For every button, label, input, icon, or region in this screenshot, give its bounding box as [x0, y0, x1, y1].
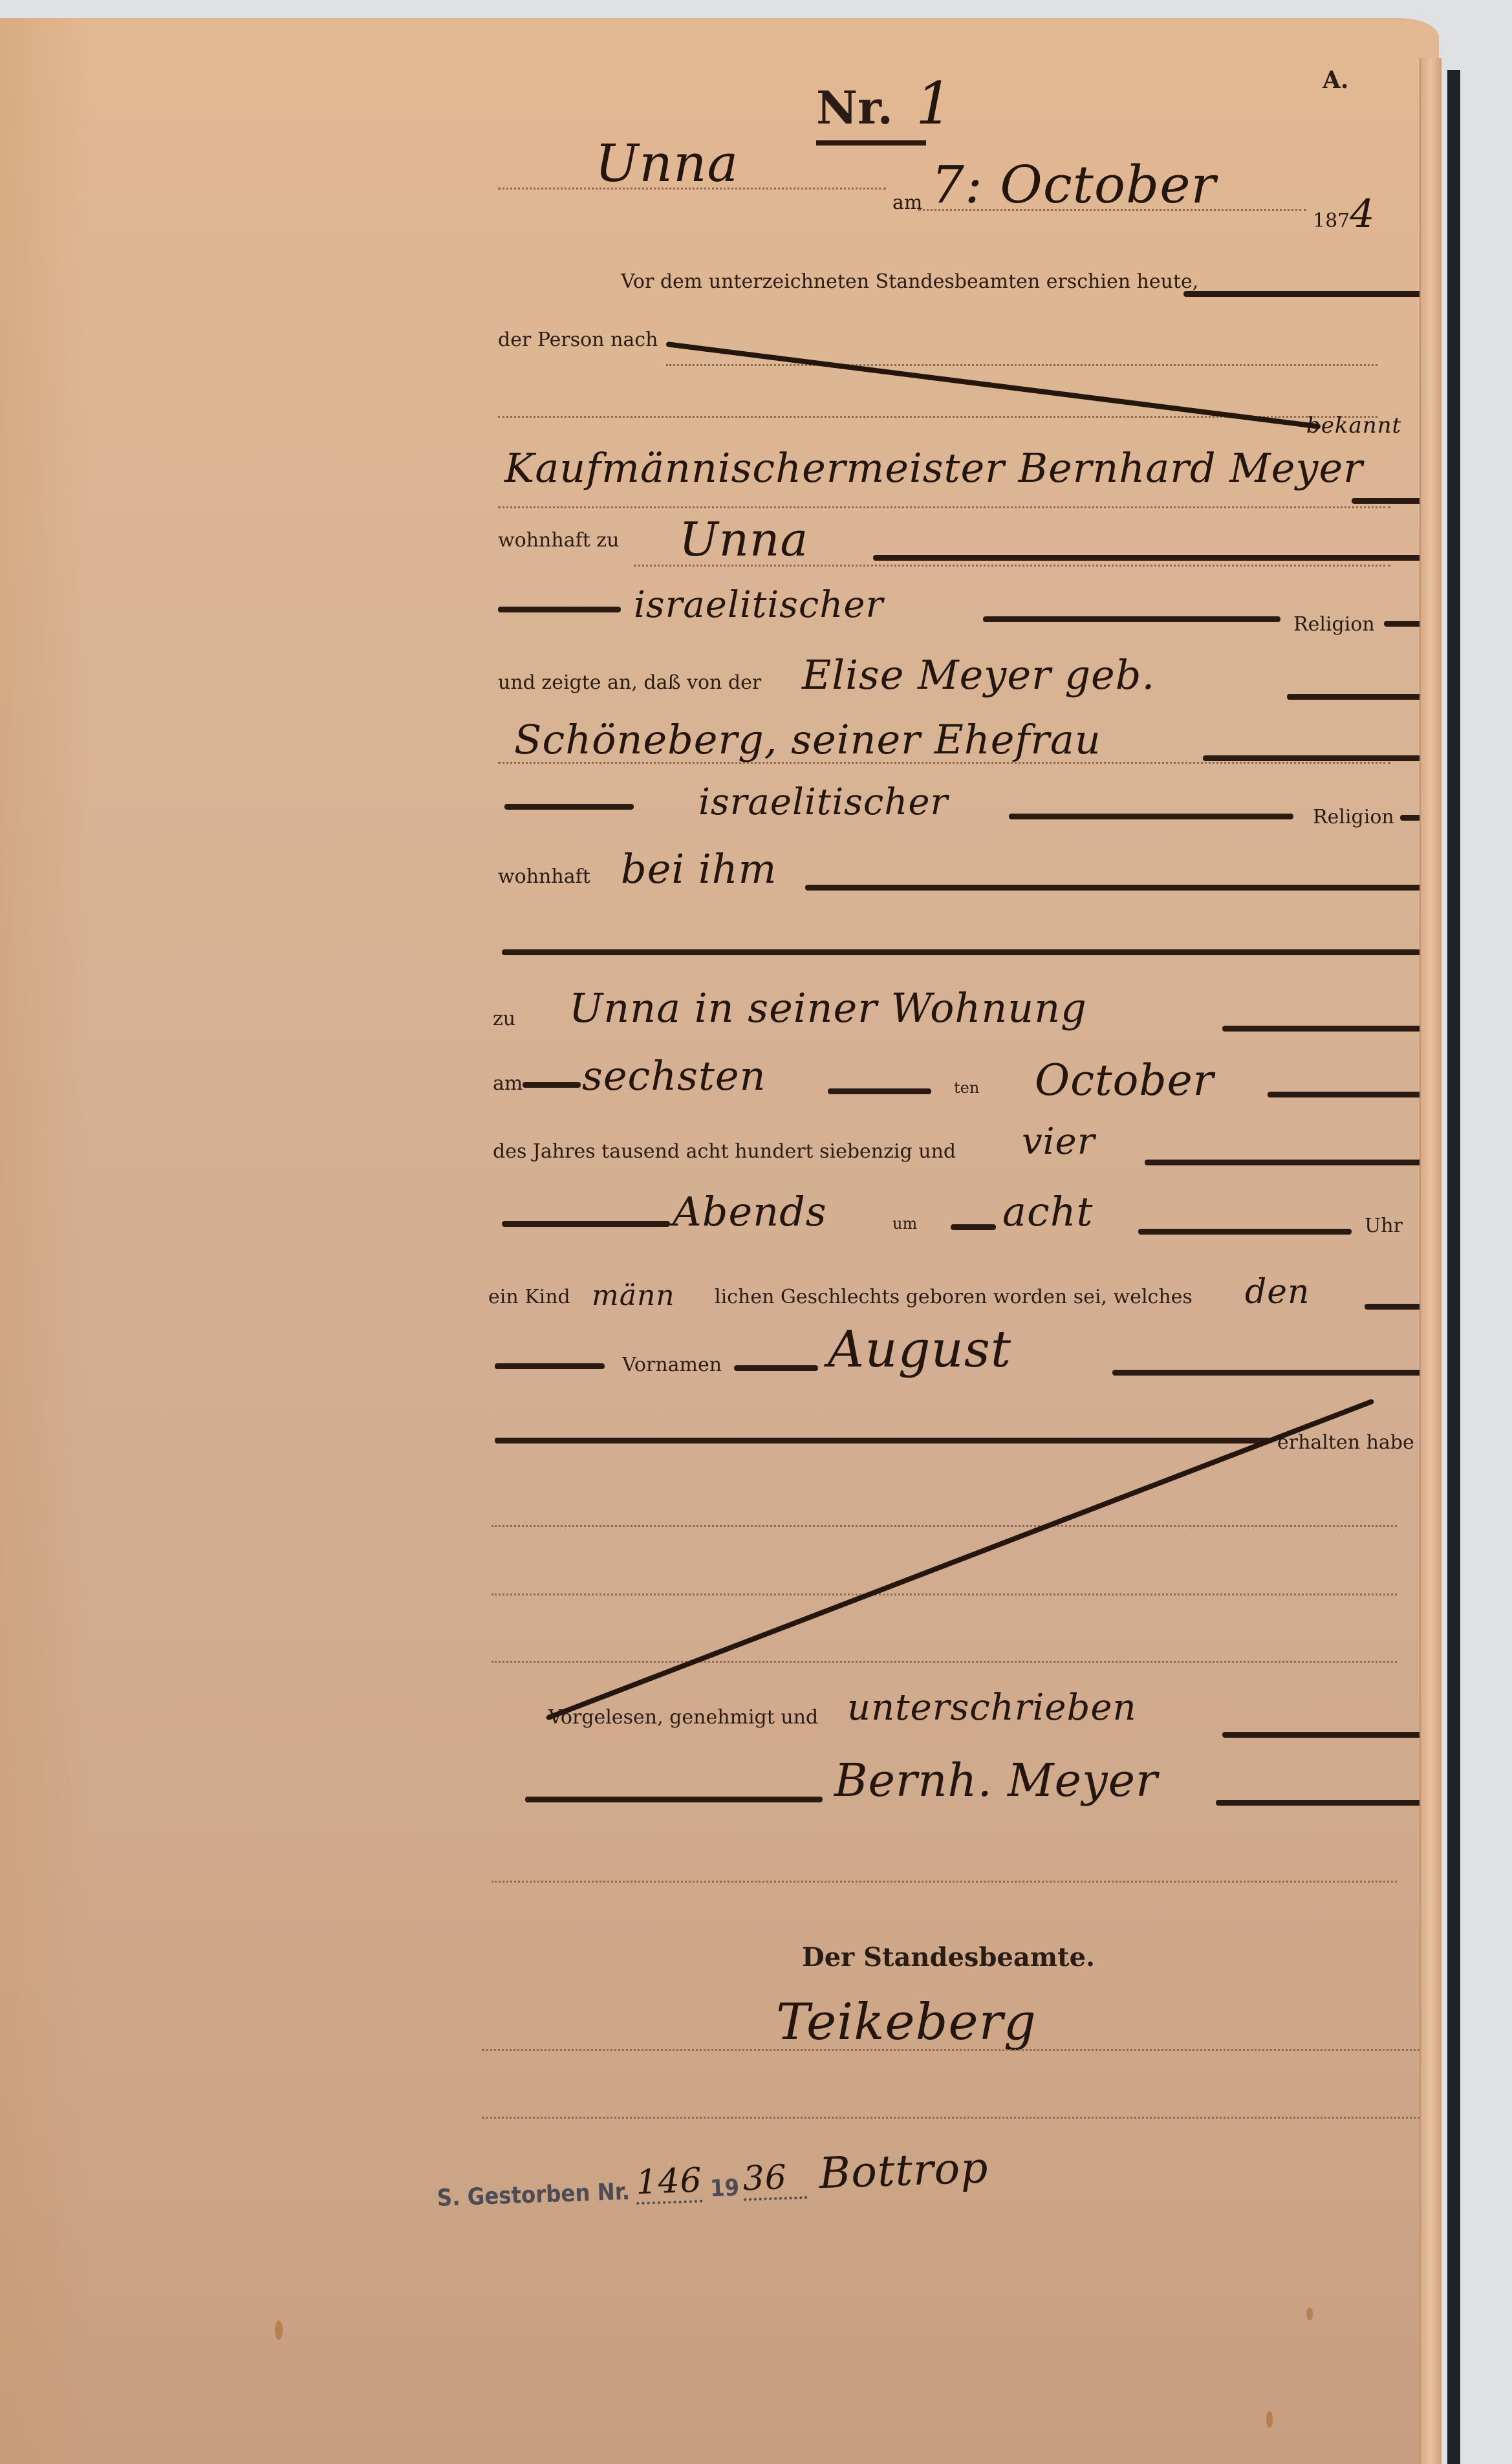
religion-2-value: israelitischer [698, 784, 948, 821]
child-label-1: ein Kind [488, 1286, 570, 1308]
blank-section-strike-line [546, 1398, 1375, 1720]
entry-number-label: Nr. [816, 81, 893, 135]
corner-mark: A. [1323, 67, 1348, 94]
death-number: 146 [635, 2161, 702, 2205]
entry-number-value: 1 [916, 70, 953, 138]
birthplace-label: zu [493, 1008, 515, 1030]
announced-label: und zeigte an, daß von der [498, 671, 761, 694]
death-year: 36 [742, 2157, 807, 2201]
time-value: Abends [673, 1192, 827, 1232]
residence-label: wohnhaft zu [498, 529, 619, 552]
register-page: A. Nr. 1 Unna am 7: October 1874 Vor dem… [0, 18, 1439, 2464]
page-edge [1420, 58, 1442, 2464]
hour-value: acht [1002, 1192, 1094, 1232]
registrar-signature: Teikeberg [776, 1997, 1037, 2048]
month-label: ten [954, 1079, 979, 1097]
hour-label: Uhr [1365, 1215, 1403, 1237]
informant-value: Kaufmännischermeister Bernhard Meyer [504, 448, 1363, 488]
mother-line-1: Elise Meyer geb. [802, 655, 1155, 695]
mother-line-2: Schöneberg, seiner Ehefrau [514, 720, 1101, 760]
given-names-value: August [828, 1324, 1011, 1375]
book-binding [1447, 70, 1460, 2464]
mother-residence-value: bei ihm [621, 849, 777, 889]
informant-signature: Bernh. Meyer [834, 1758, 1158, 1803]
date-value: 7: October [931, 159, 1216, 211]
mother-residence-label: wohnhaft [498, 865, 590, 888]
entry-number: Nr. 1 [816, 70, 953, 146]
day-value: sechsten [582, 1056, 766, 1096]
year-label: des Jahres tausend acht hundert siebenzi… [493, 1140, 956, 1163]
given-names-label: Vornamen [622, 1354, 722, 1376]
child-article: den [1245, 1273, 1310, 1312]
year-value: vier [1022, 1124, 1095, 1160]
death-place: Bottrop [818, 2143, 989, 2198]
intro-text: Vor dem unterzeichneten Standesbeamten e… [621, 270, 1198, 293]
death-annotation: S. Gestorben Nr. 146 19 36 Bottrop [436, 2143, 989, 2212]
received-label: erhalten habe [1277, 1431, 1414, 1454]
time-label: um [892, 1215, 917, 1233]
stamp-text: S. Gestorben Nr. [437, 2178, 630, 2211]
birthplace-value: Unna in seiner Wohnung [569, 988, 1087, 1028]
person-label: der Person nach [498, 329, 658, 351]
residence-value: Unna [679, 516, 808, 563]
month-value: October [1035, 1059, 1214, 1102]
year: 1874 [1313, 191, 1375, 237]
day-label: am [493, 1072, 523, 1095]
child-label-2: lichen Geschlechts geboren worden sei, w… [715, 1286, 1193, 1308]
registrar-label: Der Standesbeamte. [802, 1942, 1095, 1972]
place-value: Unna [595, 138, 739, 189]
read-label: Vorgelesen, genehmigt und [548, 1706, 818, 1729]
religion-2-label: Religion [1313, 806, 1394, 828]
religion-1-value: israelitischer [634, 587, 883, 623]
stamp-year-prefix: 19 [709, 2175, 739, 2203]
child-sex-value: männ [592, 1279, 675, 1312]
person-value: bekannt [1306, 413, 1401, 438]
date-prefix: am [892, 191, 922, 214]
read-value: unterschrieben [847, 1690, 1137, 1726]
religion-1-label: Religion [1293, 613, 1375, 636]
